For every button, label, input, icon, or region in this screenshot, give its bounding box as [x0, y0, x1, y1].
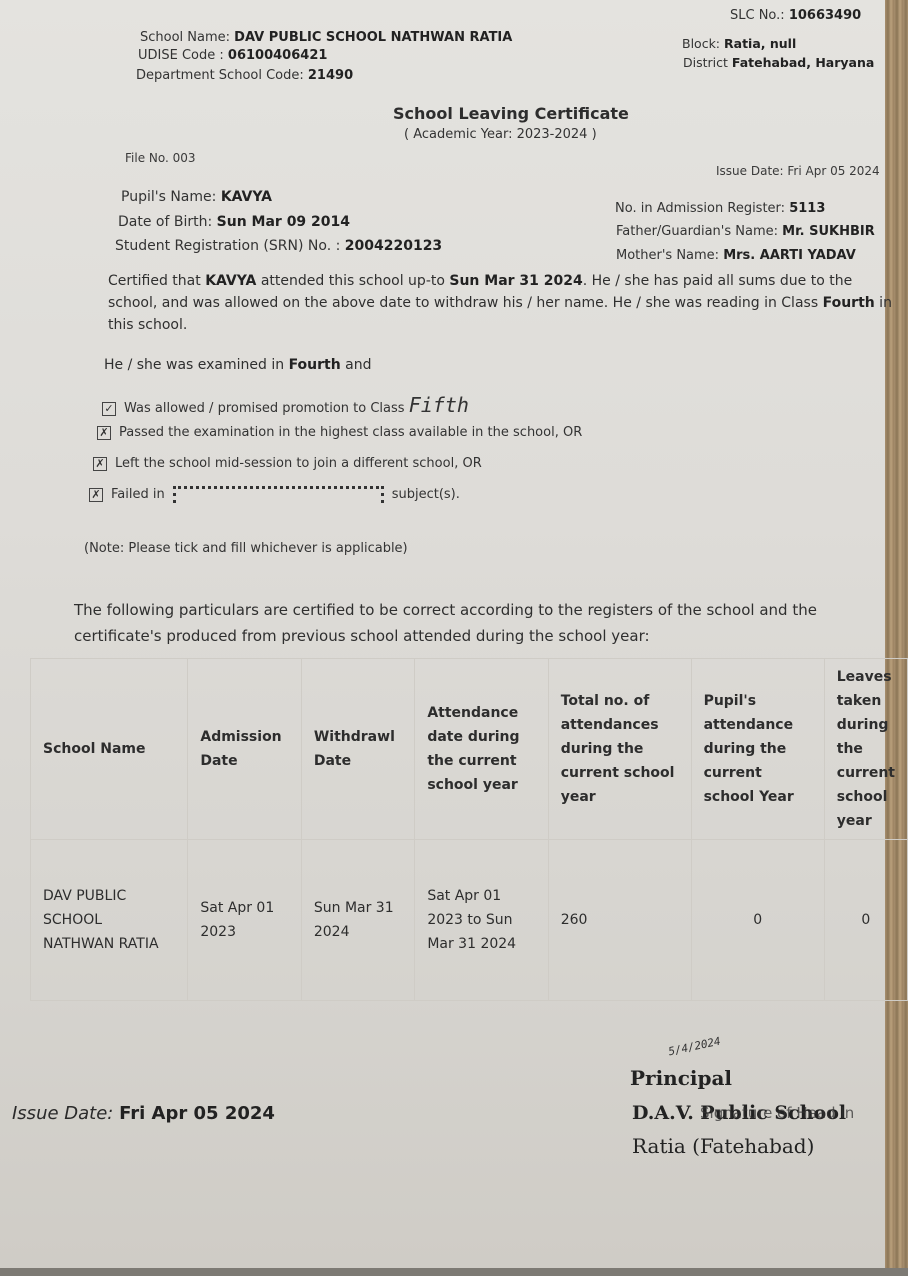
header-pupil-attendance: Pupil's attendance during the current sc…	[691, 659, 824, 840]
dob-label: Date of Birth:	[118, 214, 212, 230]
table-header-row: School Name Admission Date Withdrawl Dat…	[31, 659, 908, 840]
background-edge-bottom	[0, 1268, 908, 1276]
district-label: District	[683, 55, 728, 70]
checkbox-promotion[interactable]: ✓	[102, 402, 116, 416]
header-total-attendances: Total no. of attendances during the curr…	[548, 659, 691, 840]
certificate-title: School Leaving Certificate	[393, 104, 629, 123]
cell-admission-date: Sat Apr 01 2023	[188, 840, 302, 1001]
cert-pupil-name: KAVYA	[205, 273, 256, 289]
cell-attendance-period: Sat Apr 01 2023 to Sun Mar 31 2024	[415, 840, 548, 1001]
dob-line: Date of Birth: Sun Mar 09 2014	[118, 214, 350, 230]
pupil-name: KAVYA	[221, 189, 272, 205]
block-line: Block: Ratia, null	[682, 36, 796, 51]
header-leaves-taken: Leaves taken during the current school y…	[824, 659, 907, 840]
option-label: Was allowed / promised promotion to Clas…	[124, 401, 405, 416]
cell-withdrawl-date: Sun Mar 31 2024	[301, 840, 414, 1001]
udise-label: UDISE Code :	[138, 48, 224, 63]
pupil-name-label: Pupil's Name:	[121, 189, 216, 205]
father-label: Father/Guardian's Name:	[616, 224, 778, 239]
dept-code-label: Department School Code:	[136, 68, 304, 83]
srn-line: Student Registration (SRN) No. : 2004220…	[115, 238, 442, 254]
issue-date-label: Issue Date:	[12, 1103, 113, 1124]
udise-line: UDISE Code : 06100406421	[138, 48, 327, 63]
cell-school-name: DAV PUBLIC SCHOOL NATHWAN RATIA	[31, 840, 188, 1001]
district-value: Fatehabad, Haryana	[732, 55, 874, 70]
table-row: DAV PUBLIC SCHOOL NATHWAN RATIA Sat Apr …	[31, 840, 908, 1001]
srn-label: Student Registration (SRN) No. :	[115, 238, 340, 254]
admission-number: 5113	[789, 201, 825, 216]
particulars-text: The following particulars are certified …	[74, 597, 864, 649]
header-admission-date: Admission Date	[188, 659, 302, 840]
school-name-line: School Name: DAV PUBLIC SCHOOL NATHWAN R…	[140, 30, 512, 45]
signature-of-head-label: Signature of Head In	[700, 1104, 854, 1122]
issue-date-bottom: Issue Date: Fri Apr 05 2024	[12, 1103, 275, 1124]
block-label: Block:	[682, 36, 720, 51]
checkbox-failed[interactable]: ✗	[89, 488, 103, 502]
option-promotion: ✓Was allowed / promised promotion to Cla…	[102, 393, 469, 417]
admission-label: No. in Admission Register:	[615, 201, 785, 216]
background-edge	[885, 0, 908, 1276]
admission-line: No. in Admission Register: 5113	[615, 201, 825, 216]
cert-class: Fourth	[823, 295, 875, 311]
father-line: Father/Guardian's Name: Mr. SUKHBIR	[616, 224, 875, 239]
issue-date-value: Fri Apr 05 2024	[119, 1103, 275, 1124]
cert-text: attended this school up-to	[256, 273, 449, 289]
mother-name: Mrs. AARTI YADAV	[723, 248, 856, 263]
option-failed: ✗Failed insubject(s).	[89, 486, 460, 503]
option-suffix: subject(s).	[392, 487, 460, 502]
srn-value: 2004220123	[345, 238, 442, 254]
academic-year: ( Academic Year: 2023-2024 )	[404, 127, 597, 142]
cell-total-attendances: 260	[548, 840, 691, 1001]
option-left-mid-session: ✗Left the school mid-session to join a d…	[93, 456, 482, 471]
dob-value: Sun Mar 09 2014	[217, 214, 350, 230]
option-label: Passed the examination in the highest cl…	[119, 425, 582, 440]
particulars-table: School Name Admission Date Withdrawl Dat…	[30, 658, 908, 1001]
cert-text: Certified that	[108, 273, 205, 289]
failed-subjects-field[interactable]	[173, 486, 384, 503]
school-name: DAV PUBLIC SCHOOL NATHWAN RATIA	[234, 30, 512, 45]
father-name: Mr. SUKHBIR	[782, 224, 875, 239]
note: (Note: Please tick and fill whichever is…	[84, 541, 408, 556]
option-label: Failed in	[111, 487, 165, 502]
header-withdrawl-date: Withdrawl Date	[301, 659, 414, 840]
slc-line: SLC No.: 10663490	[730, 8, 861, 23]
file-number: File No. 003	[125, 151, 196, 165]
school-name-label: School Name:	[140, 30, 230, 45]
mother-line: Mother's Name: Mrs. AARTI YADAV	[616, 248, 856, 263]
exam-class: Fourth	[289, 357, 341, 373]
header-attendance-date: Attendance date during the current schoo…	[415, 659, 548, 840]
promotion-class-handwritten[interactable]: Fifth	[409, 393, 469, 417]
dept-code-line: Department School Code: 21490	[136, 68, 353, 83]
checkbox-passed-highest[interactable]: ✗	[97, 426, 111, 440]
checkbox-left-mid-session[interactable]: ✗	[93, 457, 107, 471]
slc-number: 10663490	[789, 8, 861, 23]
cell-pupil-attendance: 0	[691, 840, 824, 1001]
certification-paragraph: Certified that KAVYA attended this schoo…	[108, 270, 898, 336]
pupil-name-line: Pupil's Name: KAVYA	[121, 189, 272, 205]
dept-code: 21490	[308, 68, 353, 83]
stamp-location: Ratia (Fatehabad)	[632, 1134, 814, 1158]
issue-date-top: Issue Date: Fri Apr 05 2024	[716, 164, 880, 178]
examined-line: He / she was examined in Fourth and	[104, 354, 372, 376]
district-line: District Fatehabad, Haryana	[683, 55, 874, 70]
udise-code: 06100406421	[228, 48, 328, 63]
stamp-principal: Principal	[630, 1066, 732, 1090]
header-school-name: School Name	[31, 659, 188, 840]
mother-label: Mother's Name:	[616, 248, 719, 263]
option-passed-highest: ✗Passed the examination in the highest c…	[97, 425, 582, 440]
cert-date: Sun Mar 31 2024	[449, 273, 582, 289]
exam-text: He / she was examined in	[104, 357, 289, 373]
option-label: Left the school mid-session to join a di…	[115, 456, 482, 471]
slc-label: SLC No.:	[730, 8, 785, 23]
cell-leaves-taken: 0	[824, 840, 907, 1001]
exam-text: and	[341, 357, 372, 373]
block-value: Ratia, null	[724, 36, 796, 51]
